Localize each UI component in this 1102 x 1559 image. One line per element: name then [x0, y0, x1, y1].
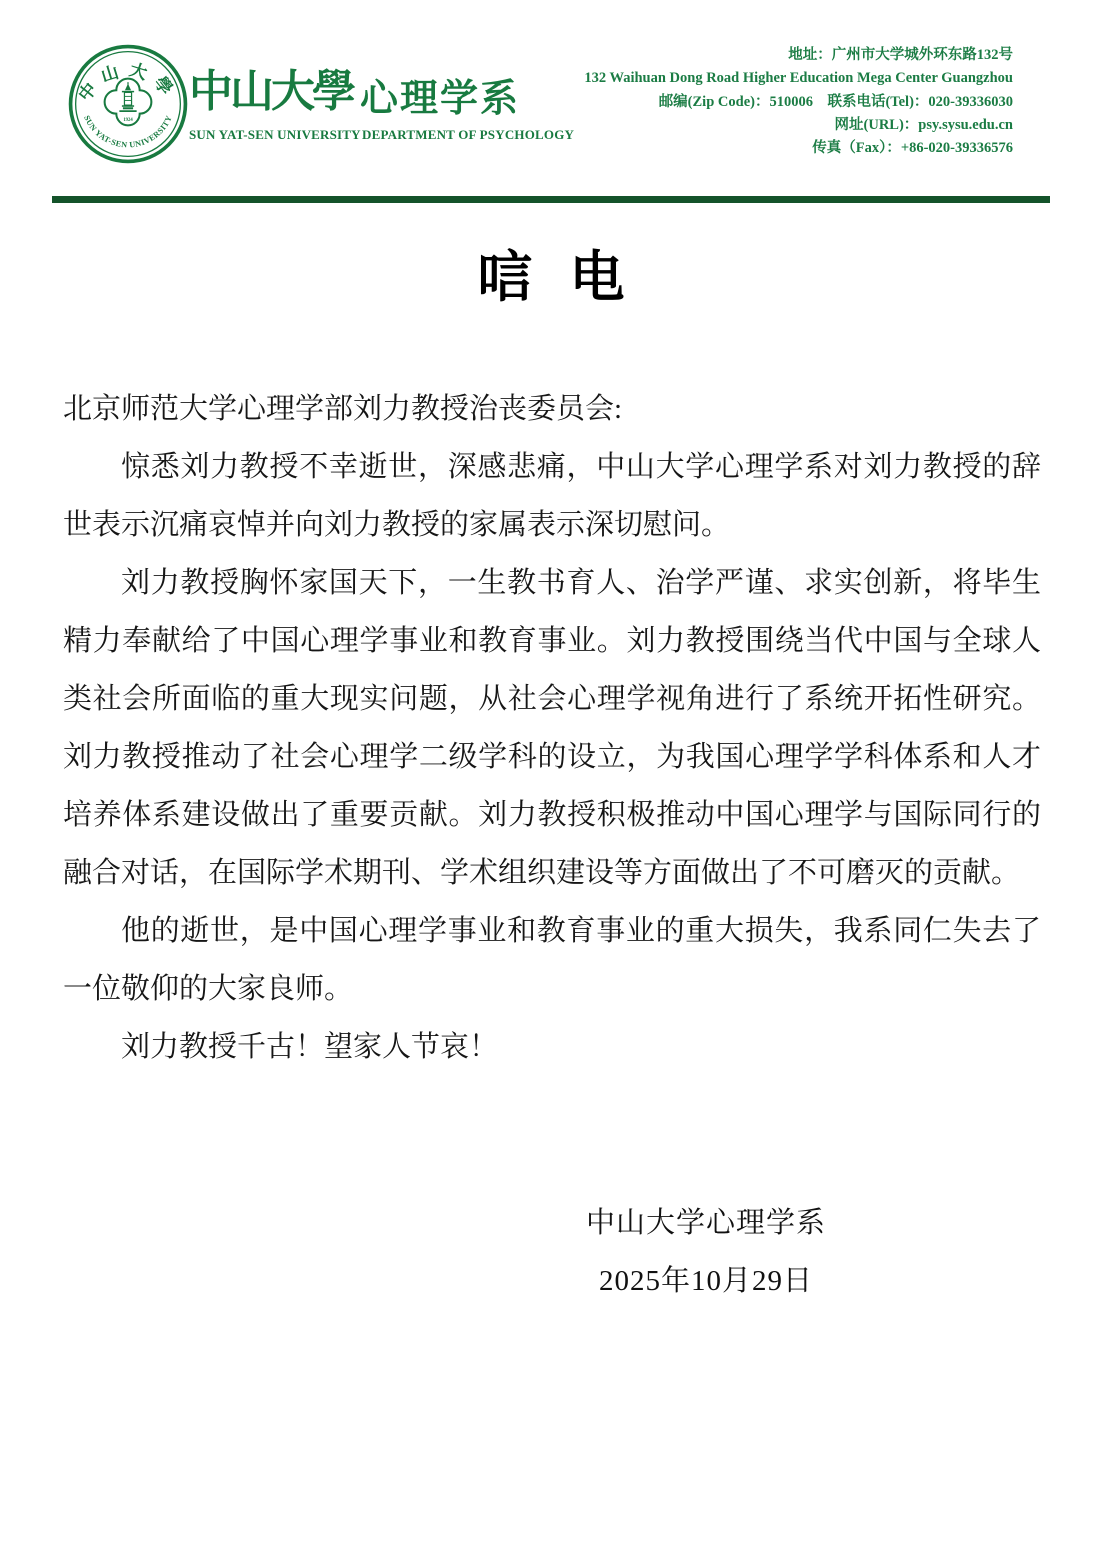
letter-body: 北京师范大学心理学部刘力教授治丧委员会: 惊悉刘力教授不幸逝世，深感悲痛，中山大…: [63, 380, 1041, 1076]
seal-year: 1924: [123, 118, 133, 123]
title-char-1: 唁: [477, 247, 532, 308]
contact-info-block: 地址：广州市大学城外环东路132号 132 Waihuan Dong Road …: [584, 44, 1013, 160]
paragraph-2: 刘力教授胸怀家国天下，一生教书育人、治学严谨、求实创新，将毕生精力奉献给了中国心…: [63, 554, 1041, 902]
signature-date: 2025年10月29日: [556, 1252, 856, 1310]
paragraph-4: 刘力教授千古！望家人节哀！: [63, 1018, 1041, 1076]
university-name-cn: 中山大學: [189, 70, 353, 114]
divider-rule: [52, 196, 1050, 203]
contact-zip-tel: 邮编(Zip Code)：510006 联系电话(Tel)：020-393360…: [584, 91, 1013, 114]
salutation: 北京师范大学心理学部刘力教授治丧委员会:: [63, 380, 1041, 438]
page-title: 唁电: [0, 250, 1102, 305]
paragraph-1: 惊悉刘力教授不幸逝世，深感悲痛，中山大学心理学系对刘力教授的辞世表示沉痛哀悼并向…: [63, 438, 1041, 554]
signature-organization: 中山大学心理学系: [556, 1194, 856, 1252]
university-seal-icon: 中山大學 SUN YAT-SEN UNIVERSITY 1924: [67, 43, 189, 165]
department-name-en: DEPARTMENT OF PSYCHOLOGY: [362, 127, 574, 143]
university-name-en: SUN YAT-SEN UNIVERSITY: [189, 127, 361, 143]
contact-address-cn: 地址：广州市大学城外环东路132号: [584, 44, 1013, 67]
department-name-cn: 心理学系: [360, 80, 520, 118]
condolence-letter-page: 中山大學 SUN YAT-SEN UNIVERSITY 1924 中山大學: [0, 0, 1102, 1559]
contact-fax: 传真（Fax）：+86-020-39336576: [584, 137, 1013, 160]
signature-block: 中山大学心理学系 2025年10月29日: [556, 1194, 856, 1310]
contact-url: 网址(URL)：psy.sysu.edu.cn: [584, 114, 1013, 137]
contact-address-en: 132 Waihuan Dong Road Higher Education M…: [584, 67, 1013, 90]
title-char-2: 电: [570, 247, 625, 308]
paragraph-3: 他的逝世，是中国心理学事业和教育事业的重大损失，我系同仁失去了一位敬仰的大家良师…: [63, 902, 1041, 1018]
